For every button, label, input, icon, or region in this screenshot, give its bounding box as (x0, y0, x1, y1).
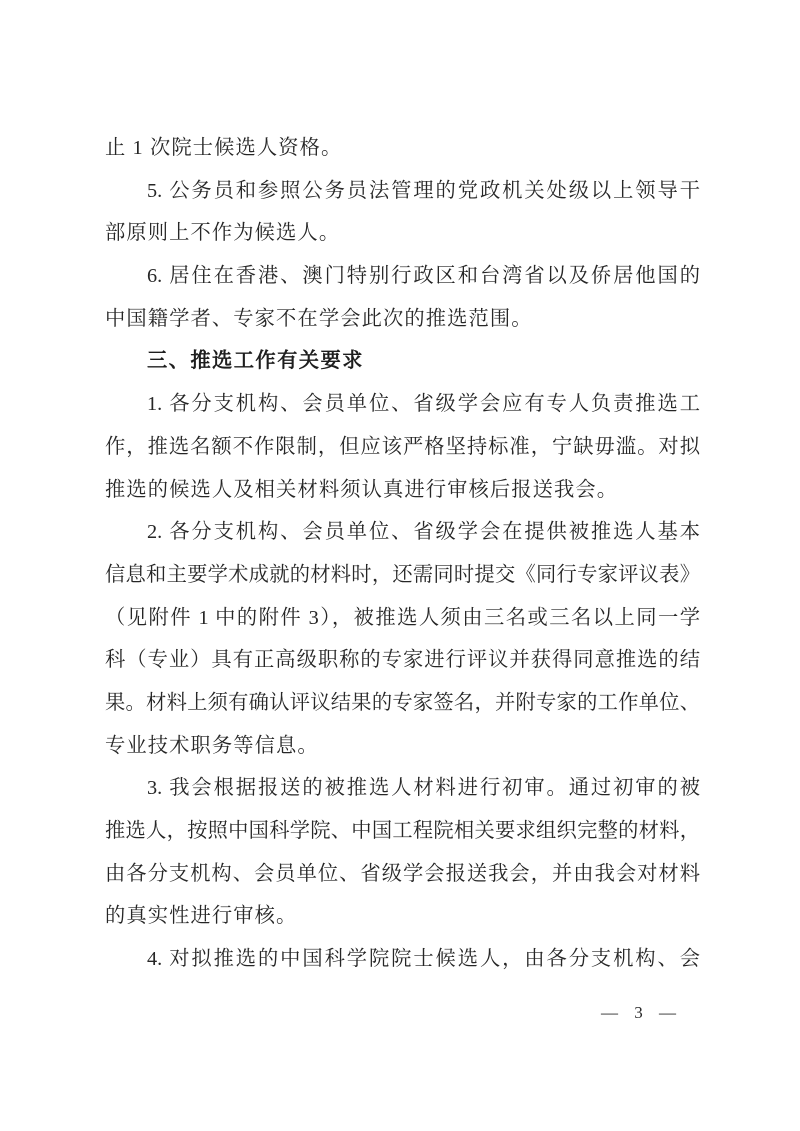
text-line: 作，推选名额不作限制，但应该严格坚持标准，宁缺毋滥。对拟 (105, 426, 700, 469)
text-line: 科（专业）具有正高级职称的专家进行评议并获得同意推选的结 (105, 639, 700, 682)
text-line: 3. 我会根据报送的被推选人材料进行初审。通过初审的被 (105, 767, 700, 810)
section-heading: 三、推选工作有关要求 (105, 340, 700, 383)
text-line: 4. 对拟推选的中国科学院院士候选人，由各分支机构、会 (105, 938, 700, 981)
document-body: 止 1 次院士候选人资格。5. 公务员和参照公务员法管理的党政机关处级以上领导干… (105, 127, 700, 981)
text-line: 中国籍学者、专家不在学会此次的推选范围。 (105, 298, 700, 341)
text-line: 专业技术职务等信息。 (105, 725, 700, 768)
page-number: — 3 — (601, 1000, 678, 1026)
text-line: 信息和主要学术成就的材料时，还需同时提交《同行专家评议表》 (105, 554, 700, 597)
text-line: 推选的候选人及相关材料须认真进行审核后报送我会。 (105, 469, 700, 512)
text-line: 推选人，按照中国科学院、中国工程院相关要求组织完整的材料， (105, 810, 700, 853)
text-line: 部原则上不作为候选人。 (105, 212, 700, 255)
text-line: 果。材料上须有确认评议结果的专家签名，并附专家的工作单位、 (105, 682, 700, 725)
text-line: 止 1 次院士候选人资格。 (105, 127, 700, 170)
text-line: 2. 各分支机构、会员单位、省级学会在提供被推选人基本 (105, 511, 700, 554)
text-line: 5. 公务员和参照公务员法管理的党政机关处级以上领导干 (105, 170, 700, 213)
text-line: 由各分支机构、会员单位、省级学会报送我会，并由我会对材料 (105, 853, 700, 896)
text-line: （见附件 1 中的附件 3），被推选人须由三名或三名以上同一学 (105, 597, 700, 640)
document-page: 止 1 次院士候选人资格。5. 公务员和参照公务员法管理的党政机关处级以上领导干… (0, 0, 800, 1131)
text-line: 的真实性进行审核。 (105, 895, 700, 938)
text-line: 1. 各分支机构、会员单位、省级学会应有专人负责推选工 (105, 383, 700, 426)
text-line: 6. 居住在香港、澳门特别行政区和台湾省以及侨居他国的 (105, 255, 700, 298)
